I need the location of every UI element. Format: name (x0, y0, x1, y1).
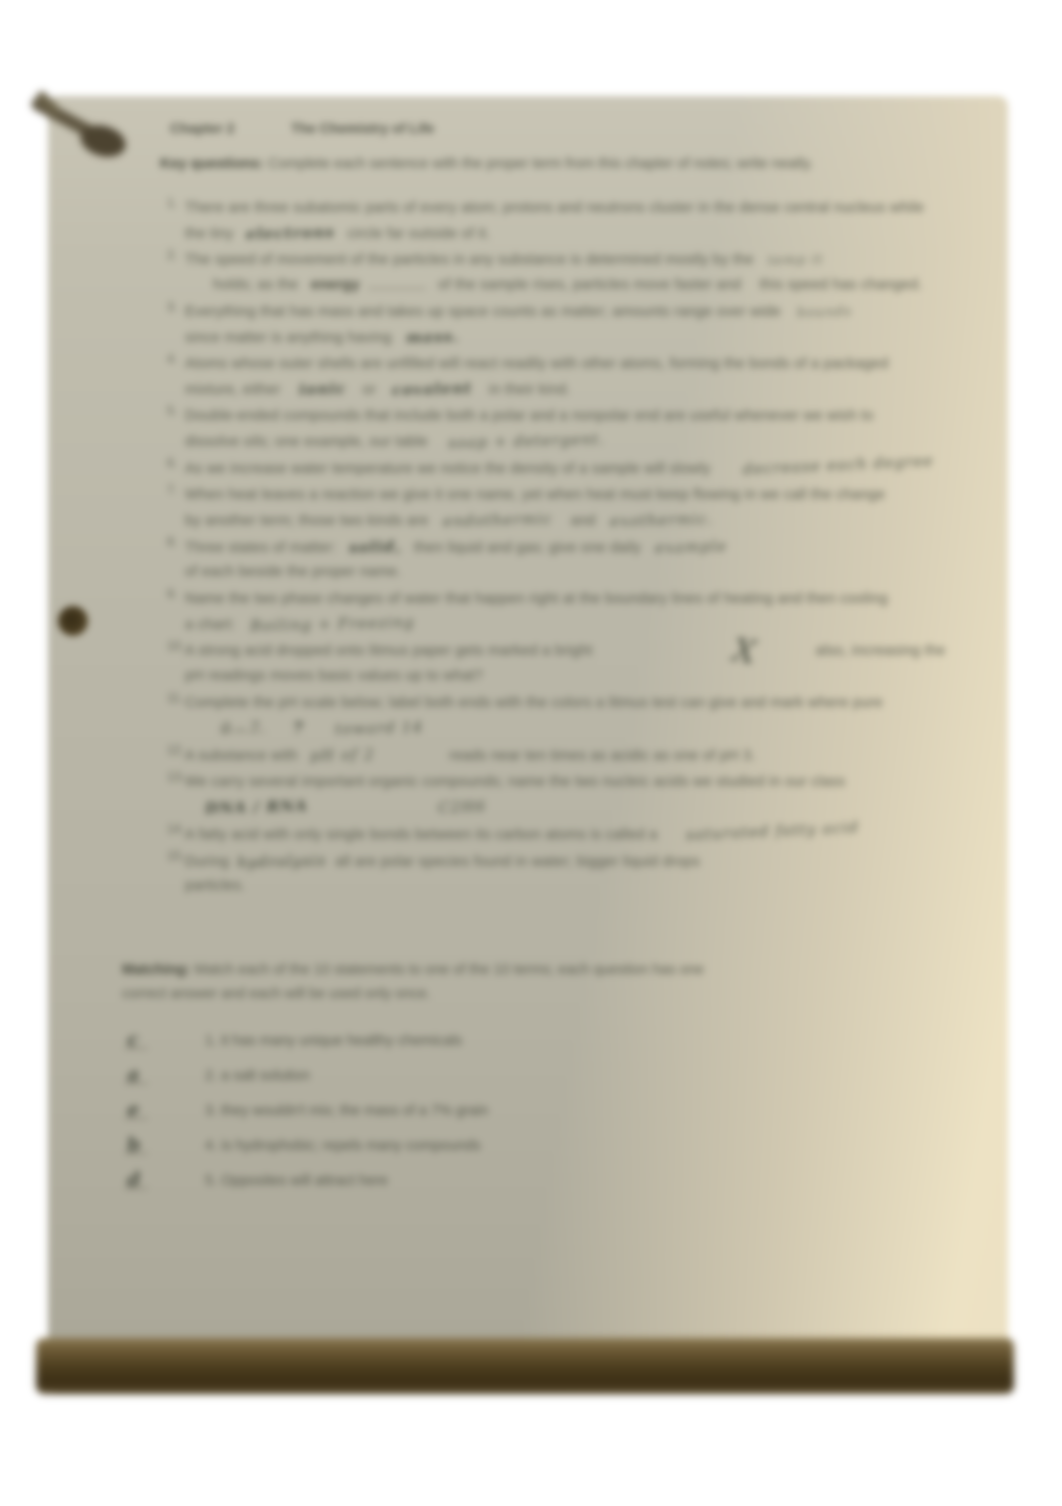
question-line: A substance with pH of 2 reads near ten … (185, 743, 957, 768)
question-line: dissolve oils; one example, our table so… (185, 429, 957, 454)
matching-item: d 5. Opposites will attract here (122, 1162, 1002, 1197)
matching-item: c 1. it has many unique healthy chemical… (122, 1022, 1002, 1057)
directions-line: Key questions: Complete each sentence wi… (160, 156, 920, 172)
question-text: When heat leaves a reaction we give it o… (185, 487, 885, 503)
handwritten-answer: hydrolysis (237, 848, 327, 875)
question-number: 8. (167, 535, 177, 549)
question-line: mixture, either ionic or covalent in the… (185, 377, 957, 402)
matching-item-text: 5. Opposites will attract here (205, 1173, 388, 1189)
matching-item: b 4. is hydrophobic; repels many compoun… (122, 1127, 1002, 1162)
question-text: We carry several important organic compo… (185, 774, 845, 790)
page-title: The Chemistry of Life (291, 120, 434, 136)
question-text: all are polar species found in water; bi… (335, 854, 700, 870)
question-number: 5. (167, 404, 177, 418)
question-text: of the sample rises, particles move fast… (438, 277, 741, 293)
matching-list: c 1. it has many unique healthy chemical… (122, 1022, 1002, 1197)
worksheet-page: Chapter 2 The Chemistry of Life Key ques… (48, 96, 1008, 1392)
handwritten-answer: saturated fatty acid (685, 815, 859, 848)
handwritten-letter: c (126, 1029, 139, 1052)
handwritten-answer: temp it (768, 247, 824, 273)
question-line: Name the two phase changes of water that… (185, 587, 957, 612)
answer-blank (368, 273, 426, 289)
directions-text: Complete each sentence with the proper t… (264, 156, 813, 172)
question-line: We carry several important organic compo… (185, 770, 957, 795)
question-1: 1. There are three subatomic parts of ev… (185, 196, 957, 246)
question-text: A substance with (185, 748, 298, 764)
question-line: Complete the pH scale below; label both … (185, 691, 957, 716)
question-4: 4. Atoms whose outer shells are unfilled… (185, 352, 957, 402)
question-number: 9. (167, 587, 177, 601)
question-text: During (185, 854, 229, 870)
question-number: 6. (167, 456, 177, 470)
question-text: since matter is anything having (185, 330, 392, 346)
directions-lead: Key questions: (160, 156, 264, 172)
handwritten-answer: pH of 2 (310, 742, 375, 769)
question-line: Three states of matter: solid, then liqu… (185, 535, 957, 560)
matching-item-text: 1. it has many unique healthy chemicals (205, 1033, 462, 1049)
question-text: in their kind. (489, 382, 571, 398)
question-text: A fatty acid with only single bonds betw… (185, 827, 658, 843)
hole-punch (58, 606, 88, 636)
matching-item: a 2. a salt solution (122, 1057, 1002, 1092)
question-text: reads near ten times as acidic as one of… (449, 748, 756, 764)
matching-heading-line2: correct answer and each will be used onl… (122, 982, 1002, 1006)
handwritten-answer: C2H6 (438, 794, 487, 820)
handwritten-answer: ionic (299, 376, 347, 402)
table-edge (36, 1338, 1014, 1394)
question-text-bold: energy (311, 277, 360, 293)
handwritten-answer: bounds (797, 299, 853, 325)
question-13: 13. We carry several important organic c… (185, 770, 957, 820)
question-7: 7. When heat leaves a reaction we give i… (185, 483, 957, 533)
matching-heading: Matching: Match each of the 10 statement… (122, 958, 1002, 982)
page-header: Chapter 2 The Chemistry of Life (170, 120, 434, 138)
question-number: 1. (167, 196, 177, 210)
question-text: holds; as the (213, 277, 298, 293)
question-text: Complete the pH scale below; label both … (185, 695, 883, 711)
question-text: Three states of matter: (185, 540, 337, 556)
question-line: pH readings moves basic values up to wha… (185, 664, 957, 689)
question-line: As we increase water temperature we noti… (185, 456, 957, 481)
matching-item-text: 2. a salt solution (205, 1068, 310, 1084)
question-text: dissolve oils; one example, our table (185, 434, 428, 450)
question-12: 12. A substance with pH of 2 reads near … (185, 743, 957, 768)
question-line: Everything that has mass and takes up sp… (185, 300, 957, 325)
question-text: this speed has changed. (760, 277, 923, 293)
handwritten-answer: DNA / RNA (205, 794, 308, 822)
question-line: particles. (185, 874, 957, 899)
question-text: Name the two phase changes of water that… (185, 591, 888, 607)
question-15: 15. Duringhydrolysisall are polar specie… (185, 849, 957, 899)
question-number: 14. (167, 822, 184, 836)
question-list: 1. There are three subatomic parts of ev… (167, 196, 957, 901)
question-text: pH readings moves basic values up to wha… (185, 668, 483, 684)
question-number: 3. (167, 300, 177, 314)
handwritten-letter: d (126, 1169, 140, 1192)
question-text: The speed of movement of the particles i… (185, 252, 754, 268)
question-line: by another term; those two kinds are end… (185, 508, 957, 533)
question-11: 11. Complete the pH scale below; label b… (185, 691, 957, 741)
question-line: of each beside the proper name. (185, 560, 957, 585)
question-5: 5. Double-ended compounds that include b… (185, 404, 957, 454)
question-text: particles. (185, 878, 246, 894)
handwritten-letter: b (126, 1134, 140, 1157)
matching-answer-blank: b (124, 1137, 148, 1154)
question-line: When heat leaves a reaction we give it o… (185, 483, 957, 508)
matching-heading-text: Match each of the 10 statements to one o… (190, 962, 703, 978)
handwritten-answer: example (655, 534, 728, 561)
question-line: The speed of movement of the particles i… (185, 248, 957, 273)
question-10: 10. A strong acid dropped onto litmus pa… (185, 639, 957, 689)
question-8: 8. Three states of matter: solid, then l… (185, 535, 957, 585)
question-text: Everything that has mass and takes up sp… (185, 304, 781, 320)
matching-heading-bold: Matching: (122, 962, 190, 978)
answer-row: 0 - 77toward 14 (185, 716, 957, 741)
matching-section: Matching: Match each of the 10 statement… (122, 958, 1002, 1197)
question-number: 13. (167, 770, 184, 784)
answer-blank: 0 - 7 (221, 716, 265, 732)
question-text: Atoms whose outer shells are unfilled wi… (185, 356, 889, 372)
question-text: the tiny (185, 226, 234, 242)
question-text: or (363, 382, 376, 398)
question-text: then liquid and gas; give one daily (414, 540, 641, 556)
question-text: There are three subatomic parts of every… (185, 200, 924, 216)
answer-blank: hydrolysis (237, 849, 325, 865)
question-line: a chart: Boiling + Freezing (185, 612, 957, 637)
question-number: 12. (167, 743, 184, 757)
question-number: 15. (167, 849, 184, 863)
handwritten-answer: toward 14 (334, 715, 423, 742)
question-text: A strong acid dropped onto litmus paper … (185, 643, 593, 659)
question-number: 10. (167, 639, 184, 653)
question-text: mixture, either (185, 382, 281, 398)
question-text: and (571, 513, 596, 529)
question-line: the tiny electrons circle far outside of… (185, 221, 957, 246)
handwritten-answer: solid, (349, 534, 402, 560)
question-6: 6. As we increase water temperature we n… (185, 456, 957, 481)
matching-answer-blank: d (124, 1172, 148, 1189)
matching-item-text: 3. they wouldn't mix; the mass of a 7% g… (205, 1103, 488, 1119)
matching-item: e 3. they wouldn't mix; the mass of a 7%… (122, 1092, 1002, 1127)
question-line: A fatty acid with only single bonds betw… (185, 822, 957, 847)
question-number: 7. (167, 483, 177, 497)
handwritten-answer: mass. (406, 324, 460, 350)
question-line: There are three subatomic parts of every… (185, 196, 957, 221)
question-line: Double-ended compounds that include both… (185, 404, 957, 429)
matching-answer-blank: c (124, 1032, 148, 1049)
question-number: 2. (167, 248, 177, 262)
handwritten-letter: a (126, 1064, 139, 1087)
question-text: also, increasing the (816, 643, 946, 659)
question-14: 14. A fatty acid with only single bonds … (185, 822, 957, 847)
question-line: Duringhydrolysisall are polar species fo… (185, 849, 957, 874)
question-number: 4. (167, 352, 177, 366)
question-text: of each beside the proper name. (185, 564, 402, 580)
question-line: Atoms whose outer shells are unfilled wi… (185, 352, 957, 377)
question-text: by another term; those two kinds are (185, 513, 429, 529)
handwritten-answer: 0 - 7 (221, 716, 261, 742)
question-line: since matter is anything having mass. (185, 325, 957, 350)
matching-answer-blank: a (124, 1067, 148, 1084)
handwritten-letter: e (126, 1099, 139, 1122)
question-text: Double-ended compounds that include both… (185, 408, 874, 424)
handwritten-answer: soap + detergent. (448, 427, 606, 456)
handwritten-answer: exothermic. (610, 507, 714, 535)
question-number: 11. (167, 691, 183, 705)
handwritten-answer: electrons (246, 220, 335, 247)
matching-answer-blank: e (124, 1102, 148, 1119)
question-text: circle far outside of it. (347, 226, 490, 242)
handwritten-x-mark: X (733, 649, 756, 653)
chapter-label: Chapter 2 (170, 120, 235, 136)
worksheet-photo: Chapter 2 The Chemistry of Life Key ques… (0, 0, 1062, 1506)
question-line: holds; as the energy of the sample rises… (185, 273, 957, 298)
question-2: 2. The speed of movement of the particle… (185, 248, 957, 298)
handwritten-answer: 7 (293, 716, 305, 741)
matching-item-text: 4. is hydrophobic; repels many compounds (205, 1138, 481, 1154)
handwritten-answer: Boiling + Freezing (249, 610, 414, 639)
question-text: As we increase water temperature we noti… (185, 461, 711, 477)
handwritten-answer: covalent (392, 376, 473, 403)
handwritten-answer: endothermic (443, 507, 553, 535)
question-text: a chart: (185, 617, 235, 633)
question-3: 3. Everything that has mass and takes up… (185, 300, 957, 350)
question-9: 9. Name the two phase changes of water t… (185, 587, 957, 637)
matching-heading-text: correct answer and each will be used onl… (122, 986, 431, 1002)
question-line: A strong acid dropped onto litmus paper … (185, 639, 957, 664)
